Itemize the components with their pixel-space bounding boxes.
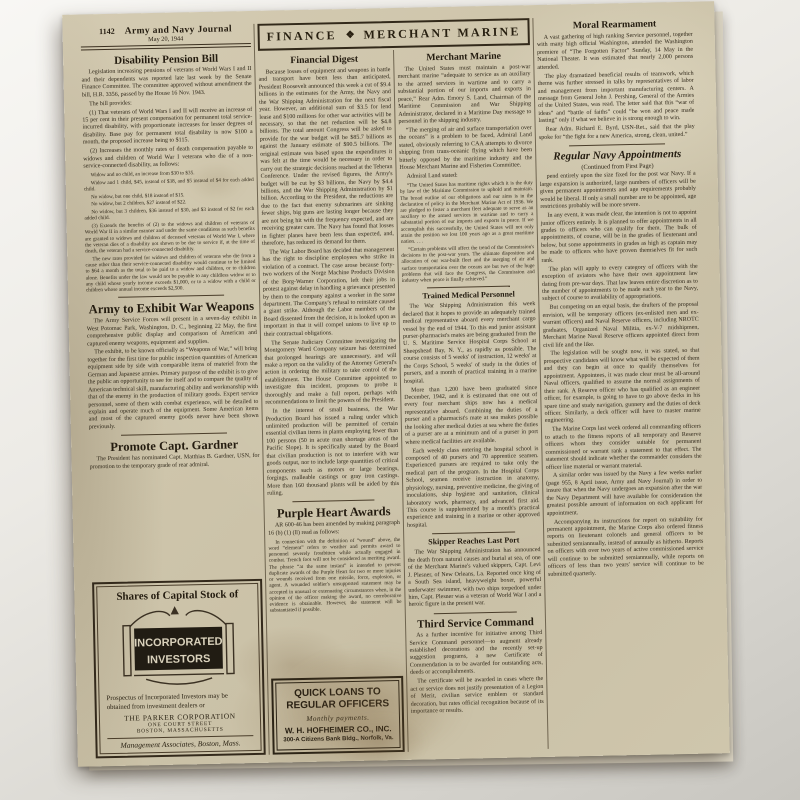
article-separator xyxy=(118,295,223,298)
paragraph: The legislation will be sought now, it w… xyxy=(543,348,701,426)
paragraph: The War Labor Board has decided that man… xyxy=(262,247,396,339)
paragraph: A similar order was issued by the Navy a… xyxy=(546,470,703,518)
newspaper-page: 1142 Army and Navy Journal May 20, 1944 … xyxy=(62,1,730,766)
mirror-frame-graphic: INCORPORATED INVESTORS xyxy=(117,603,241,692)
paragraph: The exhibit, to be known officially as “… xyxy=(87,346,259,431)
article-moral-rearmament: Moral RearmamentA vast gathering of high… xyxy=(536,19,694,142)
page-number: 1142 xyxy=(99,27,115,36)
banner-finance-label: FINANCE xyxy=(267,28,337,44)
paragraph: Each weekly class entering the hospital … xyxy=(405,446,540,531)
column-left: 1142 Army and Navy Journal May 20, 1944 … xyxy=(80,24,265,758)
plaque-line-2: INVESTORS xyxy=(147,653,211,666)
article-title: Disability Pension Bill xyxy=(81,52,251,68)
paragraph: “The United States has maritime rights w… xyxy=(400,180,534,245)
finance-merchant-marine-banner: FINANCE ❖ MERCHANT MARINE xyxy=(257,18,530,51)
article-trained-medical-personnel: Trained Medical PersonnelThe War Shippin… xyxy=(402,290,540,530)
paragraph: “The merging of air and surface transpor… xyxy=(399,125,533,172)
paragraph: The Marine Corps last week ordered all c… xyxy=(545,424,702,472)
article-title: Third Service Command xyxy=(409,616,542,631)
article-separator xyxy=(121,433,226,436)
paragraph: The Senate Judiciary Committee investiga… xyxy=(264,338,397,408)
article-regular-navy-appointments: Regular Navy Appointments(Continued from… xyxy=(539,148,704,579)
banner-merchant-marine-label: MERCHANT MARINE xyxy=(363,24,520,42)
banner-ornament-icon: ❖ xyxy=(346,30,355,41)
article-third-service-command: Third Service CommandAs a further incent… xyxy=(409,616,544,716)
article-army-to-exhibit-war-weapons: Army to Exhibit War WeaponsThe Army Serv… xyxy=(86,299,259,432)
article-title: Skipper Reaches Last Port xyxy=(407,536,540,548)
article-title: Promote Capt. Gardner xyxy=(89,437,259,455)
paragraph: A vast gathering of high ranking Service… xyxy=(537,32,694,72)
paragraph: Because losses of equipment and weapons … xyxy=(258,67,394,248)
article-disability-pension-bill: Disability Pension BillLegislation incre… xyxy=(81,52,256,294)
paragraph: Accompanying its instructions for report… xyxy=(547,516,704,579)
article-title: Merchant Marine xyxy=(397,51,530,65)
article-title: Trained Medical Personnel xyxy=(402,290,535,302)
article-financial-digest: Financial DigestBecause losses of equipm… xyxy=(258,54,399,498)
photo-background: 1142 Army and Navy Journal May 20, 1944 … xyxy=(0,0,800,800)
incorporated-investors-ad: Shares of Capital Stock of xyxy=(92,579,266,759)
column-middle-left: Financial DigestBecause losses of equipm… xyxy=(258,50,405,755)
paragraph: AR 600-46 has been amended by making par… xyxy=(268,520,400,538)
article-title: Army to Exhibit War Weapons xyxy=(86,299,256,317)
paragraph: The Army Service Forces will present in … xyxy=(87,315,258,348)
article-separator xyxy=(569,143,666,146)
paragraph: The United States must maintain a post-w… xyxy=(397,64,531,126)
column-middle-right: Merchant MarineThe United States must ma… xyxy=(397,47,545,752)
ad-heading: Shares of Capital Stock of xyxy=(104,588,250,603)
finance-columns: Financial DigestBecause losses of equipm… xyxy=(258,47,545,755)
paragraph: As a further incentive for initiative am… xyxy=(409,630,543,677)
paragraph: The certificate will be awarded in cases… xyxy=(410,676,544,716)
paragraph: The plan will apply to every category of… xyxy=(542,263,699,303)
ad-body-text: Prospectus of Incorporated Investors may… xyxy=(106,691,252,712)
article-separator xyxy=(427,286,509,289)
masthead: 1142 Army and Navy Journal May 20, 1944 xyxy=(80,24,250,52)
article-merchant-marine: Merchant MarineThe United States must ma… xyxy=(397,51,535,284)
column-1-articles: Disability Pension BillLegislation incre… xyxy=(81,48,262,578)
article-title: Financial Digest xyxy=(258,54,390,68)
article-title: Regular Navy Appointments xyxy=(539,148,695,164)
paragraph: The new rates provided for widows and ch… xyxy=(85,253,256,294)
article-skipper-reaches-last-port: Skipper Reaches Last PortThe War Shippin… xyxy=(407,536,541,609)
paragraph: More than 1,200 have been graduated sinc… xyxy=(404,385,538,447)
ad-footer: Management Associates, Boston, Mass. xyxy=(107,738,253,750)
paragraph: In connection with the definition of “wo… xyxy=(268,537,402,615)
ad-address-line: 300-A Citizens Bank Bldg., Norfolk, Va. xyxy=(281,735,395,743)
paragraph: “Certain problems will affect the trend … xyxy=(401,244,535,284)
quick-loans-ad: QUICK LOANS TO REGULAR OFFICERS Monthly … xyxy=(271,676,405,755)
ad-company-name: W. H. HOFHEIMER CO., INC. xyxy=(281,724,395,735)
paragraph: Rear Adm. Richard E. Byrd, USN-Ret., sai… xyxy=(539,124,695,142)
paragraph: In any event, it was made clear, the int… xyxy=(540,210,697,265)
page-content: 1142 Army and Navy Journal May 20, 1944 … xyxy=(62,1,730,766)
paragraph: The War Shipping Administration has anno… xyxy=(407,547,541,609)
article-separator xyxy=(432,532,514,535)
paragraph: (3) Extends the benefits of (2) to the w… xyxy=(85,220,256,255)
paragraph: pend entirely upon the size fixed for th… xyxy=(540,171,697,211)
ad-payments-note: Monthly payments. xyxy=(281,713,395,723)
paragraph: Legislation increasing pensions of veter… xyxy=(81,66,252,99)
paragraph: In the interest of small business, the W… xyxy=(265,406,399,498)
article-promote-capt-gardner: Promote Capt. GardnerThe President has n… xyxy=(89,437,260,471)
article-purple-heart-awards: Purple Heart AwardsAR 600-46 has been am… xyxy=(268,504,402,614)
article-separator xyxy=(434,611,516,614)
article-title: Moral Rearmament xyxy=(536,19,692,33)
paragraph: But competing on an equal basis, the dra… xyxy=(542,302,699,350)
article-title: Purple Heart Awards xyxy=(268,504,400,521)
paragraph: The President has nominated Capt. Matthi… xyxy=(89,453,259,471)
column-2-articles: Financial DigestBecause losses of equipm… xyxy=(258,50,403,679)
paragraph: The play dramatized beneficial results o… xyxy=(538,70,695,125)
column-right: Moral RearmamentA vast gathering of high… xyxy=(536,15,707,749)
plaque-line-1: INCORPORATED xyxy=(134,635,223,649)
paragraph: (2) Increases the monthly rates of death… xyxy=(83,145,253,171)
article-separator xyxy=(293,500,375,503)
paragraph: The War Shipping Administration this wee… xyxy=(402,301,537,386)
ad-title: QUICK LOANS TO REGULAR OFFICERS xyxy=(280,686,394,711)
finance-section: FINANCE ❖ MERCHANT MARINE Financial Dige… xyxy=(257,18,544,755)
paragraph: (1) That veterans of World Wars I and II… xyxy=(82,106,253,147)
incorporated-investors-ad-inner: Shares of Capital Stock of xyxy=(96,583,261,755)
quick-loans-ad-inner: QUICK LOANS TO REGULAR OFFICERS Monthly … xyxy=(275,680,400,751)
